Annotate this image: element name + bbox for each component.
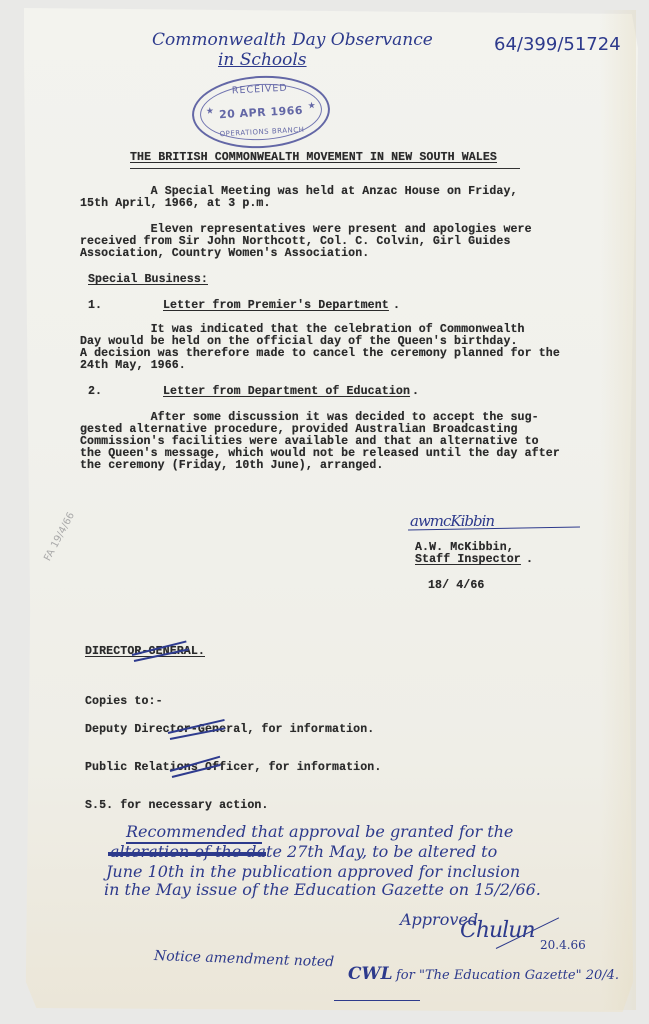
approval-date: 20.4.66 xyxy=(540,938,586,952)
special-business-label: Special Business: xyxy=(88,274,208,287)
item-2-title: Letter from Department of Education xyxy=(163,386,410,399)
item-1-title-period: . xyxy=(393,300,400,313)
signatory-title-period: . xyxy=(526,554,533,567)
attendance-line-3: Association, Country Women's Association… xyxy=(80,248,369,261)
heading-double-underline xyxy=(130,168,520,169)
item-1-body-line: 24th May, 1966. xyxy=(80,360,186,373)
item-1-title: Letter from Premier's Department xyxy=(163,300,389,313)
handwritten-recommendation-line: June 10th in the publication approved fo… xyxy=(106,862,520,881)
handwritten-file-number: 64/399/51724 xyxy=(494,34,621,55)
copy-recipient: Public Relations Officer, for informatio… xyxy=(85,762,381,775)
document-heading: THE BRITISH COMMONWEALTH MOVEMENT IN NEW… xyxy=(130,152,497,165)
handwritten-initials: CWL xyxy=(348,964,393,984)
item-2-body-line: the ceremony (Friday, 10th June), arrang… xyxy=(80,460,383,473)
handwritten-approver-signature: Chulun xyxy=(460,918,535,943)
copy-recipient: S.5. for necessary action. xyxy=(85,800,269,813)
copies-label: Copies to:- xyxy=(85,696,163,709)
handwritten-recommendation-line: in the May issue of the Education Gazett… xyxy=(104,880,541,899)
item-2-title-period: . xyxy=(412,386,419,399)
copy-recipient: Deputy Director-General, for information… xyxy=(85,724,374,737)
intro-line-2: 15th April, 1966, at 3 p.m. xyxy=(80,198,271,211)
handwritten-footer-suffix: for "The Education Gazette" 20/4. xyxy=(396,968,619,983)
signatory-title: Staff Inspector xyxy=(415,554,521,567)
handwritten-recommendation-line: Recommended that approval be granted for… xyxy=(126,822,513,841)
item-1-number: 1. xyxy=(88,300,102,313)
initials-underline xyxy=(334,1000,420,1001)
handwritten-title-line1: Commonwealth Day Observance xyxy=(152,30,433,50)
item-2-number: 2. xyxy=(88,386,102,399)
strikethrough-alteration xyxy=(108,852,266,856)
star-icon: ★ xyxy=(307,101,316,111)
signature-date: 18/ 4/66 xyxy=(428,580,484,593)
handwritten-title-line2: in Schools xyxy=(218,50,307,70)
